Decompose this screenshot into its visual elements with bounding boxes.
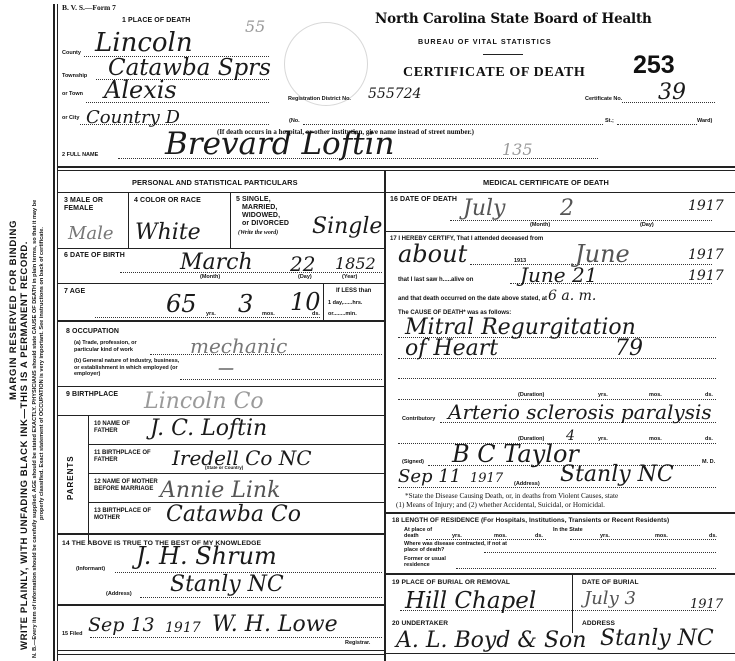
last-saw-value: June 21 bbox=[520, 263, 597, 287]
rule bbox=[88, 473, 384, 474]
footnote-1: *State the Disease Causing Death, or, in… bbox=[405, 492, 618, 500]
registrar-name: W. H. Lowe bbox=[212, 612, 338, 637]
mother-birthplace-label: 13 BIRTHPLACE OF MOTHER bbox=[94, 508, 154, 522]
birthplace-label: 9 BIRTHPLACE bbox=[66, 391, 118, 398]
signed-date-line bbox=[398, 487, 716, 488]
undertaker-label: 20 UNDERTAKER bbox=[392, 620, 448, 627]
rule bbox=[57, 248, 384, 249]
registration-stamp bbox=[284, 22, 368, 106]
rule bbox=[386, 653, 735, 654]
bureau-name: BUREAU OF VITAL STATISTICS bbox=[418, 37, 552, 46]
full-name-annotation: 135 bbox=[502, 140, 533, 159]
rule bbox=[57, 192, 384, 193]
year-caption: (Year) bbox=[342, 274, 357, 280]
dod-day: 2 bbox=[560, 196, 574, 221]
occupation-a-value: mechanic bbox=[190, 334, 287, 358]
rule bbox=[386, 231, 735, 232]
margin-binding-note: MARGIN RESERVED FOR BINDING bbox=[8, 220, 19, 400]
informant-label: (Informant) bbox=[76, 566, 105, 572]
md-label: M. D. bbox=[702, 459, 715, 465]
certificate-title: CERTIFICATE OF DEATH bbox=[403, 65, 585, 81]
in-state-mos: mos. bbox=[655, 533, 668, 539]
county-value: Lincoln bbox=[95, 28, 193, 58]
occupation-a-label: (a) Trade, profession, or particular kin… bbox=[74, 340, 156, 353]
rule bbox=[386, 512, 735, 514]
at-place-yrs: yrs. bbox=[452, 533, 462, 539]
rule bbox=[57, 320, 384, 322]
rule bbox=[230, 192, 231, 248]
birthplace-value: Lincoln Co bbox=[144, 389, 264, 414]
rule bbox=[386, 192, 735, 193]
personal-section-title: PERSONAL AND STATISTICAL PARTICULARS bbox=[132, 178, 298, 187]
in-state-label: In the State bbox=[553, 527, 583, 533]
marital-label: 5 SINGLE, MARRIED, WIDOWED, or DIVORCED bbox=[236, 196, 289, 228]
township-label: Township bbox=[62, 73, 87, 79]
former-residence-line bbox=[456, 568, 716, 569]
center-divider bbox=[384, 170, 386, 661]
in-state-yrs: yrs. bbox=[600, 533, 610, 539]
day-hrs-label: 1 day,......hrs. bbox=[328, 300, 362, 306]
town-label: or Town bbox=[62, 92, 83, 97]
undertaker-address-value: Stanly NC bbox=[600, 626, 714, 651]
duration-yrs: yrs. bbox=[598, 392, 608, 398]
occupation-b-value: — bbox=[218, 358, 234, 377]
section-rule bbox=[57, 166, 735, 168]
informant-value: J. H. Shrum bbox=[136, 542, 277, 570]
dob-day: 22 bbox=[290, 252, 315, 276]
sex-value: Male bbox=[68, 223, 114, 244]
place-of-death-label: 1 PLACE OF DEATH bbox=[122, 17, 190, 24]
undertaker-value: A. L. Boyd & Son bbox=[396, 628, 586, 653]
margin-note: 55 bbox=[245, 17, 265, 36]
race-label: 4 COLOR OR RACE bbox=[134, 197, 201, 204]
rule bbox=[57, 654, 384, 655]
title-rule bbox=[483, 54, 523, 55]
yrs-caption: yrs. bbox=[206, 311, 216, 317]
signed-label: (Signed) bbox=[402, 459, 424, 465]
if-less-label: If LESS than bbox=[336, 288, 371, 294]
contributory-value: Arterio sclerosis paralysis bbox=[448, 400, 712, 424]
mother-name-value: Annie Link bbox=[160, 478, 280, 503]
father-birthplace-label: 11 BIRTHPLACE OF FATHER bbox=[94, 450, 154, 464]
board-name: North Carolina State Board of Health bbox=[375, 11, 652, 27]
rule bbox=[57, 386, 384, 387]
section-rule-2 bbox=[57, 170, 735, 171]
marital-label-3: WIDOWED, bbox=[236, 212, 289, 220]
dob-label: 6 DATE OF BIRTH bbox=[64, 252, 125, 259]
residence-label: 18 LENGTH OF RESIDENCE (For Hospitals, I… bbox=[392, 517, 669, 524]
signed-date: Sep 11 bbox=[398, 466, 461, 487]
physician-address-label: (Address) bbox=[514, 481, 540, 487]
registrar-label: Registrar. bbox=[345, 640, 370, 646]
footnote-2: (1) Means of Injury; and (2) whether Acc… bbox=[396, 501, 605, 509]
street-no-label: (No. bbox=[289, 118, 300, 124]
former-residence-label: Former or usual residence bbox=[404, 556, 464, 568]
mos-caption: mos. bbox=[262, 311, 275, 317]
street-line bbox=[303, 124, 603, 125]
rule bbox=[128, 192, 129, 248]
attended-to-year: 1917 bbox=[688, 247, 724, 263]
full-name-value: Brevard Loftin bbox=[165, 126, 395, 162]
contrib-duration-yrs: yrs. bbox=[598, 436, 608, 442]
contrib-duration-mos: mos. bbox=[649, 436, 662, 442]
cause-code: 79 bbox=[615, 336, 643, 361]
parents-label: PARENTS bbox=[66, 455, 75, 500]
month-caption: (Month) bbox=[200, 274, 220, 280]
filed-year: 1917 bbox=[165, 620, 201, 636]
last-saw-label: that I last saw h.....alive on bbox=[398, 277, 473, 283]
form-id: B. V. S.—Form 7 bbox=[62, 3, 116, 12]
form-left-border bbox=[53, 4, 55, 661]
town-value: Alexis bbox=[104, 76, 177, 104]
margin-nb-note-2: properly classified. Exact statement of … bbox=[39, 227, 45, 520]
age-label: 7 AGE bbox=[64, 288, 85, 295]
margin-ink-note: WRITE PLAINLY, WITH UNFADING BLACK INK—T… bbox=[19, 241, 30, 650]
ds-caption: ds. bbox=[312, 311, 320, 317]
burial-place-label: 19 PLACE OF BURIAL OR REMOVAL bbox=[392, 579, 510, 586]
at-place-line bbox=[426, 539, 546, 540]
form-left-border-inner bbox=[57, 4, 58, 661]
rule bbox=[386, 573, 735, 575]
burial-date-label: DATE OF BURIAL bbox=[582, 579, 639, 586]
medical-section-title: MEDICAL CERTIFICATE OF DEATH bbox=[483, 178, 609, 187]
ward-line bbox=[617, 124, 697, 125]
rule bbox=[57, 604, 384, 606]
at-place-mos: mos. bbox=[494, 533, 507, 539]
margin-nb-note: N. B.—Every item of information should b… bbox=[32, 200, 38, 658]
age-months: 3 bbox=[238, 290, 253, 318]
burial-place-value: Hill Chapel bbox=[405, 588, 536, 614]
race-value: White bbox=[135, 220, 201, 245]
rule bbox=[88, 415, 89, 543]
rule bbox=[57, 650, 384, 651]
father-name-value: J. C. Loftin bbox=[150, 416, 267, 441]
dod-month: July bbox=[463, 196, 505, 221]
registration-district-value: 555724 bbox=[368, 86, 421, 102]
city-label: or City bbox=[62, 115, 79, 121]
state-country-caption: (State or Country) bbox=[205, 465, 243, 470]
dob-month: March bbox=[180, 250, 253, 275]
rule bbox=[572, 575, 573, 633]
registration-district-label: Registration District No. bbox=[288, 96, 351, 102]
day-caption: (Day) bbox=[298, 274, 312, 280]
physician-address-value: Stanly NC bbox=[560, 462, 674, 487]
in-state-line bbox=[570, 539, 716, 540]
certificate-no-value: 39 bbox=[658, 80, 686, 105]
informant-address-label: (Address) bbox=[106, 591, 132, 597]
burial-date-value: July 3 bbox=[584, 588, 636, 609]
death-time-label: and that death occurred on the date abov… bbox=[398, 296, 547, 302]
marital-label-4: or DIVORCED bbox=[236, 220, 289, 228]
rule bbox=[57, 533, 384, 535]
marital-value: Single bbox=[312, 214, 382, 239]
father-name-label: 10 NAME OF FATHER bbox=[94, 421, 154, 435]
mother-birthplace-value: Catawba Co bbox=[166, 502, 301, 527]
marital-label-1: 5 SINGLE, bbox=[236, 196, 289, 204]
dob-year: 1852 bbox=[335, 254, 376, 273]
mother-name-label: 12 NAME OF MOTHER BEFORE MARRIAGE bbox=[94, 479, 164, 493]
death-time-value: 6 a. m. bbox=[548, 288, 596, 304]
duration-ds: ds. bbox=[705, 392, 713, 398]
age-line bbox=[95, 317, 320, 318]
filed-date: Sep 13 bbox=[88, 614, 155, 636]
rule bbox=[88, 444, 384, 445]
burial-year-value: 1917 bbox=[690, 597, 723, 612]
occupation-b-line bbox=[180, 379, 382, 380]
cause-line2: of Heart bbox=[405, 336, 498, 361]
last-saw-year: 1917 bbox=[688, 268, 724, 284]
occupation-b-label: (b) General nature of industry, business… bbox=[74, 358, 184, 378]
certificate-no-label: Certificate No. bbox=[585, 96, 622, 102]
street-label: St.; bbox=[605, 118, 614, 124]
rule bbox=[57, 283, 384, 284]
city-value: Country D bbox=[86, 107, 180, 128]
attended-from: about bbox=[398, 240, 467, 268]
duration-mos: mos. bbox=[649, 392, 662, 398]
page-number: 253 bbox=[633, 51, 675, 80]
dod-label: 16 DATE OF DEATH bbox=[390, 196, 457, 203]
at-place-label: At place of death bbox=[404, 527, 442, 539]
dod-year: 1917 bbox=[688, 198, 724, 214]
cause-line-3 bbox=[398, 378, 716, 379]
contracted-line bbox=[484, 552, 716, 553]
duration-label: (Duration) bbox=[518, 392, 544, 398]
marital-label-2: MARRIED, bbox=[236, 204, 289, 212]
contributory-label: Contributory bbox=[402, 416, 435, 422]
rule bbox=[323, 283, 324, 320]
county-label: County bbox=[62, 50, 81, 56]
age-years: 65 bbox=[166, 290, 197, 318]
full-name-label: 2 FULL NAME bbox=[62, 152, 98, 158]
occupation-label: 8 OCCUPATION bbox=[66, 328, 119, 335]
at-place-ds: ds. bbox=[535, 533, 543, 539]
dod-month-caption: (Month) bbox=[530, 222, 550, 228]
filed-label: 15 Filed bbox=[62, 631, 82, 637]
sex-label: 3 MALE OR FEMALE bbox=[64, 197, 124, 213]
contrib-duration-ds: ds. bbox=[705, 436, 713, 442]
marital-hint: (Write the word) bbox=[238, 230, 278, 236]
informant-address-line bbox=[140, 597, 382, 598]
ward-label: Ward) bbox=[697, 118, 712, 124]
in-state-ds: ds. bbox=[709, 533, 717, 539]
dod-day-caption: (Day) bbox=[640, 222, 654, 228]
informant-address-value: Stanly NC bbox=[170, 572, 284, 597]
or-min-label: or........min. bbox=[328, 311, 357, 317]
signed-year: 1917 bbox=[470, 471, 503, 486]
filed-line bbox=[90, 637, 382, 638]
